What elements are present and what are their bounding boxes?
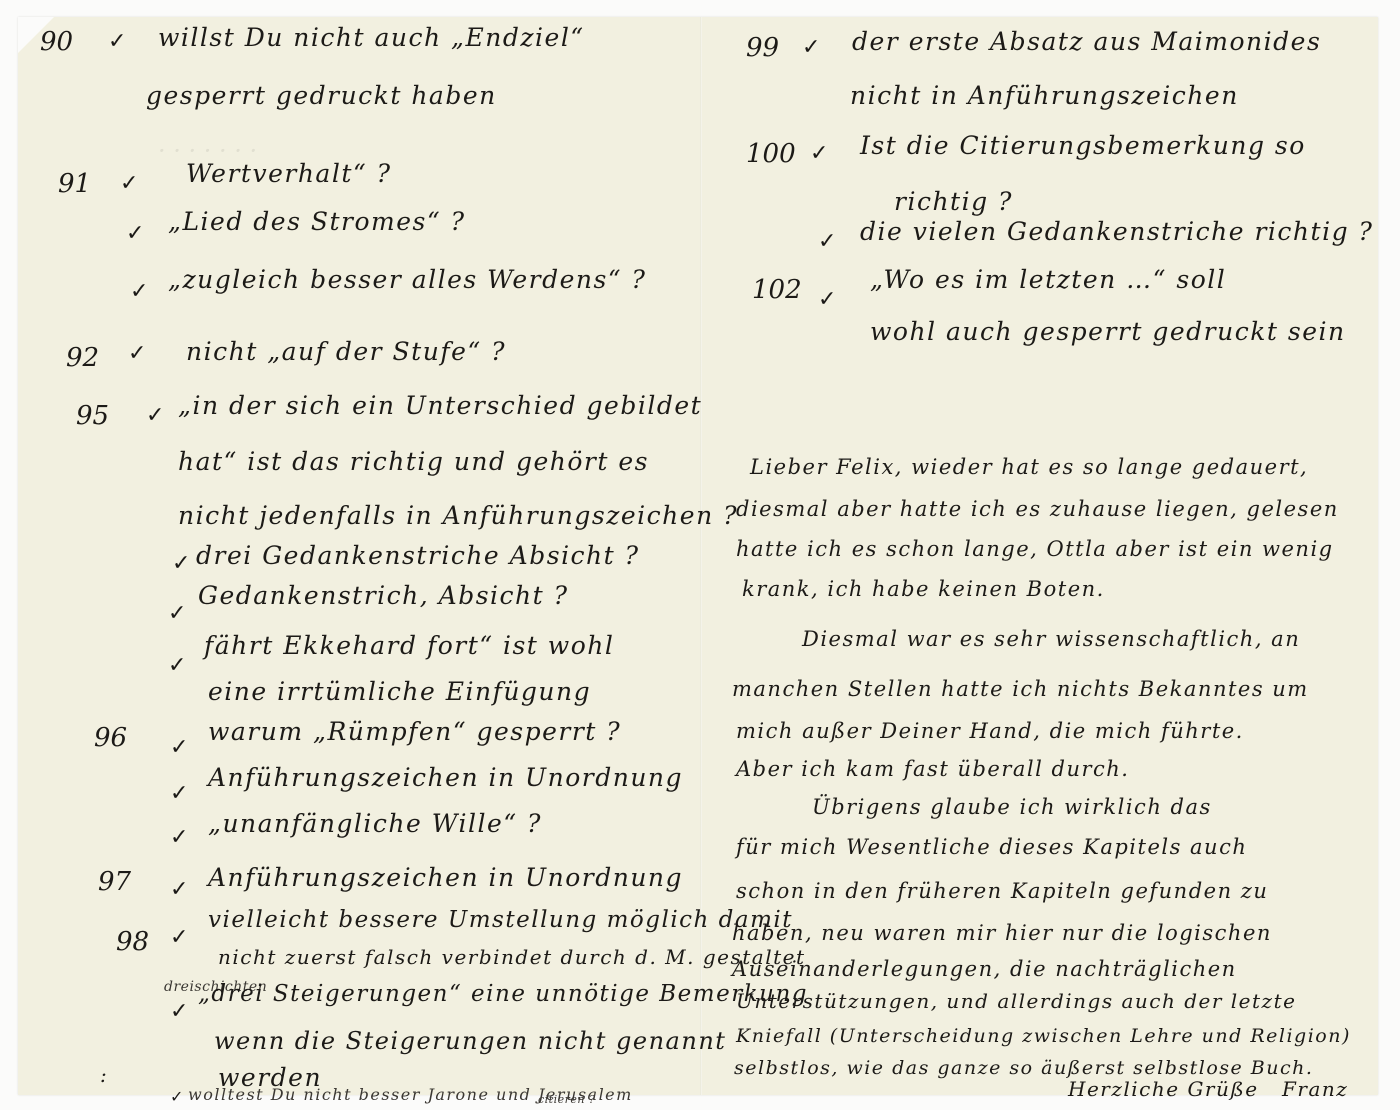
entry-line: nicht jedenfalls in Anführungszeichen ? xyxy=(178,501,738,530)
letter-line: mich außer Deiner Hand, die mich führte. xyxy=(736,719,1244,743)
left-page: 90 ✓ willst Du nicht auch „Endziel“ gesp… xyxy=(18,17,698,1095)
letter-line: haben, neu waren mir hier nur die logisc… xyxy=(732,921,1272,945)
check-mark-icon: ✓ xyxy=(170,781,188,806)
letter-line: Kniefall (Unterscheidung zwischen Lehre … xyxy=(736,1025,1351,1047)
entry-number: : xyxy=(100,1063,107,1087)
letter-line: Lieber Felix, wieder hat es so lange ged… xyxy=(750,455,1308,479)
entry-number: 96 xyxy=(94,723,127,753)
letter-line: krank, ich habe keinen Boten. xyxy=(742,577,1105,601)
check-mark-icon: ✓ xyxy=(170,735,188,760)
entry-line: Anführungszeichen in Unordnung xyxy=(208,763,683,792)
entry-line: hat“ ist das richtig und gehört es xyxy=(178,447,649,476)
letter-line: diesmal aber hatte ich es zuhause liegen… xyxy=(736,497,1339,521)
entry-number: 98 xyxy=(116,927,149,957)
entry-line: nicht „auf der Stufe“ ? xyxy=(186,337,506,366)
check-mark-icon: ✓ xyxy=(172,551,190,576)
entry-line: eine irrtümliche Einfügung xyxy=(208,677,591,706)
entry-line: „unanfängliche Wille“ ? xyxy=(208,809,542,838)
entry-number: 102 xyxy=(752,275,802,305)
check-mark-icon: ✓ xyxy=(126,221,144,246)
check-mark-icon: ✓ xyxy=(170,925,188,950)
check-mark-icon: ✓ xyxy=(130,279,148,304)
entry-line: „Wo es im letzten …“ soll xyxy=(870,265,1226,294)
letter-line: Übrigens glaube ich wirklich das xyxy=(812,795,1212,819)
entry-line: Wertverhalt“ ? xyxy=(186,159,392,188)
letter-line: für mich Wesentliche dieses Kapitels auc… xyxy=(736,835,1247,859)
letter-line: hatte ich es schon lange, Ottla aber ist… xyxy=(736,537,1334,561)
entry-number: 97 xyxy=(98,867,131,897)
entry-line: „in der sich ein Unterschied gebildet xyxy=(178,391,702,420)
check-mark-icon: ✓ xyxy=(168,653,186,678)
check-mark-icon: ✓ xyxy=(146,403,164,428)
letter-closing: Herzliche Grüße xyxy=(1068,1077,1259,1101)
entry-number: 95 xyxy=(76,401,109,431)
check-mark-icon: ✓ xyxy=(170,999,188,1024)
right-page: 99 ✓ der erste Absatz aus Maimonides nic… xyxy=(702,17,1378,1095)
check-mark-icon: ✓ xyxy=(818,287,836,312)
letter-line: Diesmal war es sehr wissenschaftlich, an xyxy=(802,627,1300,651)
check-mark-icon: ✓ xyxy=(818,229,836,254)
letter-line: Unterstützungen, und allerdings auch der… xyxy=(736,989,1296,1013)
check-mark-icon: ✓ xyxy=(108,29,126,54)
entry-line: der erste Absatz aus Maimonides xyxy=(852,27,1321,56)
letter-line: schon in den früheren Kapiteln gefunden … xyxy=(736,879,1268,903)
entry-number: 92 xyxy=(66,343,99,373)
entry-line: die vielen Gedankenstriche richtig ? xyxy=(860,217,1373,246)
letter-sheet: · · · · · · · 90 ✓ willst Du nicht auch … xyxy=(18,17,1378,1095)
check-mark-icon: ✓ xyxy=(120,171,138,196)
letter-line: Auseinanderlegungen, die nachträglichen xyxy=(732,957,1237,981)
entry-line: fährt Ekkehard fort“ ist wohl xyxy=(204,631,614,660)
letter-line: manchen Stellen hatte ich nichts Bekannt… xyxy=(732,677,1309,701)
entry-line: nicht in Anführungszeichen xyxy=(850,81,1239,110)
entry-number: 90 xyxy=(40,27,73,57)
entry-number: 99 xyxy=(746,33,779,63)
sub-note: citieren ? xyxy=(538,1093,595,1106)
letter-signature: Franz xyxy=(1282,1077,1348,1101)
entry-line: „zugleich besser alles Werdens“ ? xyxy=(168,265,646,294)
check-mark-icon: ✓ xyxy=(170,1087,183,1106)
letter-line: selbstlos, wie das ganze so äußerst selb… xyxy=(734,1057,1313,1079)
entry-line: Anführungszeichen in Unordnung xyxy=(208,863,683,892)
entry-line: gesperrt gedruckt haben xyxy=(146,81,497,110)
check-mark-icon: ✓ xyxy=(168,601,186,626)
check-mark-icon: ✓ xyxy=(170,877,188,902)
entry-line: Ist die Citierungsbemerkung so xyxy=(860,131,1306,160)
entry-number: 91 xyxy=(58,169,91,199)
entry-line: Gedankenstrich, Absicht ? xyxy=(198,581,569,610)
entry-number: 100 xyxy=(746,139,796,169)
entry-line: richtig ? xyxy=(894,187,1013,216)
entry-line: warum „Rümpfen“ gesperrt ? xyxy=(208,717,621,746)
letter-line: Aber ich kam fast überall durch. xyxy=(736,757,1129,781)
check-mark-icon: ✓ xyxy=(128,341,146,366)
entry-line: willst Du nicht auch „Endziel“ xyxy=(158,23,585,52)
entry-line: wenn die Steigerungen nicht genannt xyxy=(214,1027,726,1055)
entry-line: drei Gedankenstriche Absicht ? xyxy=(196,541,640,570)
check-mark-icon: ✓ xyxy=(802,35,820,60)
check-mark-icon: ✓ xyxy=(810,141,828,166)
check-mark-icon: ✓ xyxy=(170,825,188,850)
entry-line: wohl auch gesperrt gedruckt sein xyxy=(870,317,1346,346)
entry-line: „Lied des Stromes“ ? xyxy=(168,207,466,236)
